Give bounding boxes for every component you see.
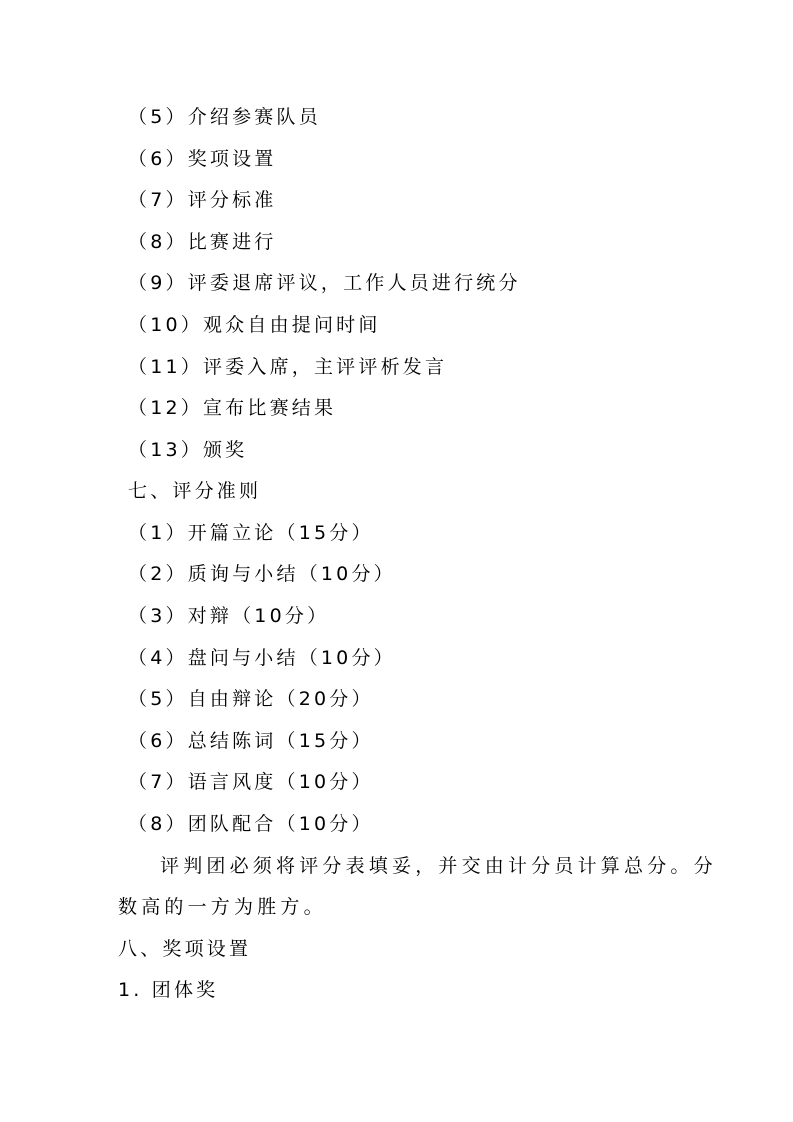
criteria-item: （2）质询与小结（10分） xyxy=(128,562,396,586)
procedure-item: （5）介绍参赛队员 xyxy=(128,105,321,129)
paragraph-line: 评判团必须将评分表填妥，并交由计分员计算总分。分 xyxy=(160,854,717,878)
criteria-item: （7）语言风度（10分） xyxy=(128,770,374,794)
procedure-item: （6）奖项设置 xyxy=(128,147,277,171)
criteria-item: （5）自由辩论（20分） xyxy=(128,687,374,711)
procedure-item: （12）宣布比赛结果 xyxy=(128,396,336,420)
section-heading-awards: 八、奖项设置 xyxy=(118,937,251,961)
procedure-item: （7）评分标准 xyxy=(128,188,277,212)
criteria-item: （3）对辩（10分） xyxy=(128,604,329,628)
procedure-item: （8）比赛进行 xyxy=(128,230,277,254)
criteria-item: （8）团队配合（10分） xyxy=(128,812,374,836)
criteria-item: （1）开篇立论（15分） xyxy=(128,521,374,545)
document-page: （5）介绍参赛队员 （6）奖项设置 （7）评分标准 （8）比赛进行 （9）评委退… xyxy=(0,0,793,1122)
sub-heading-team-award: 1. 团体奖 xyxy=(118,978,218,1002)
criteria-item: （4）盘问与小结（10分） xyxy=(128,646,396,670)
criteria-item: （6）总结陈词（15分） xyxy=(128,729,374,753)
procedure-item: （13）颁奖 xyxy=(128,438,247,462)
procedure-item: （9）评委退席评议，工作人员进行统分 xyxy=(128,271,521,295)
section-heading-scoring-criteria: 七、评分准则 xyxy=(128,479,261,503)
procedure-item: （11）评委入席，主评评析发言 xyxy=(128,355,447,379)
paragraph-line: 数高的一方为胜方。 xyxy=(118,895,327,919)
procedure-item: （10）观众自由提问时间 xyxy=(128,313,381,337)
